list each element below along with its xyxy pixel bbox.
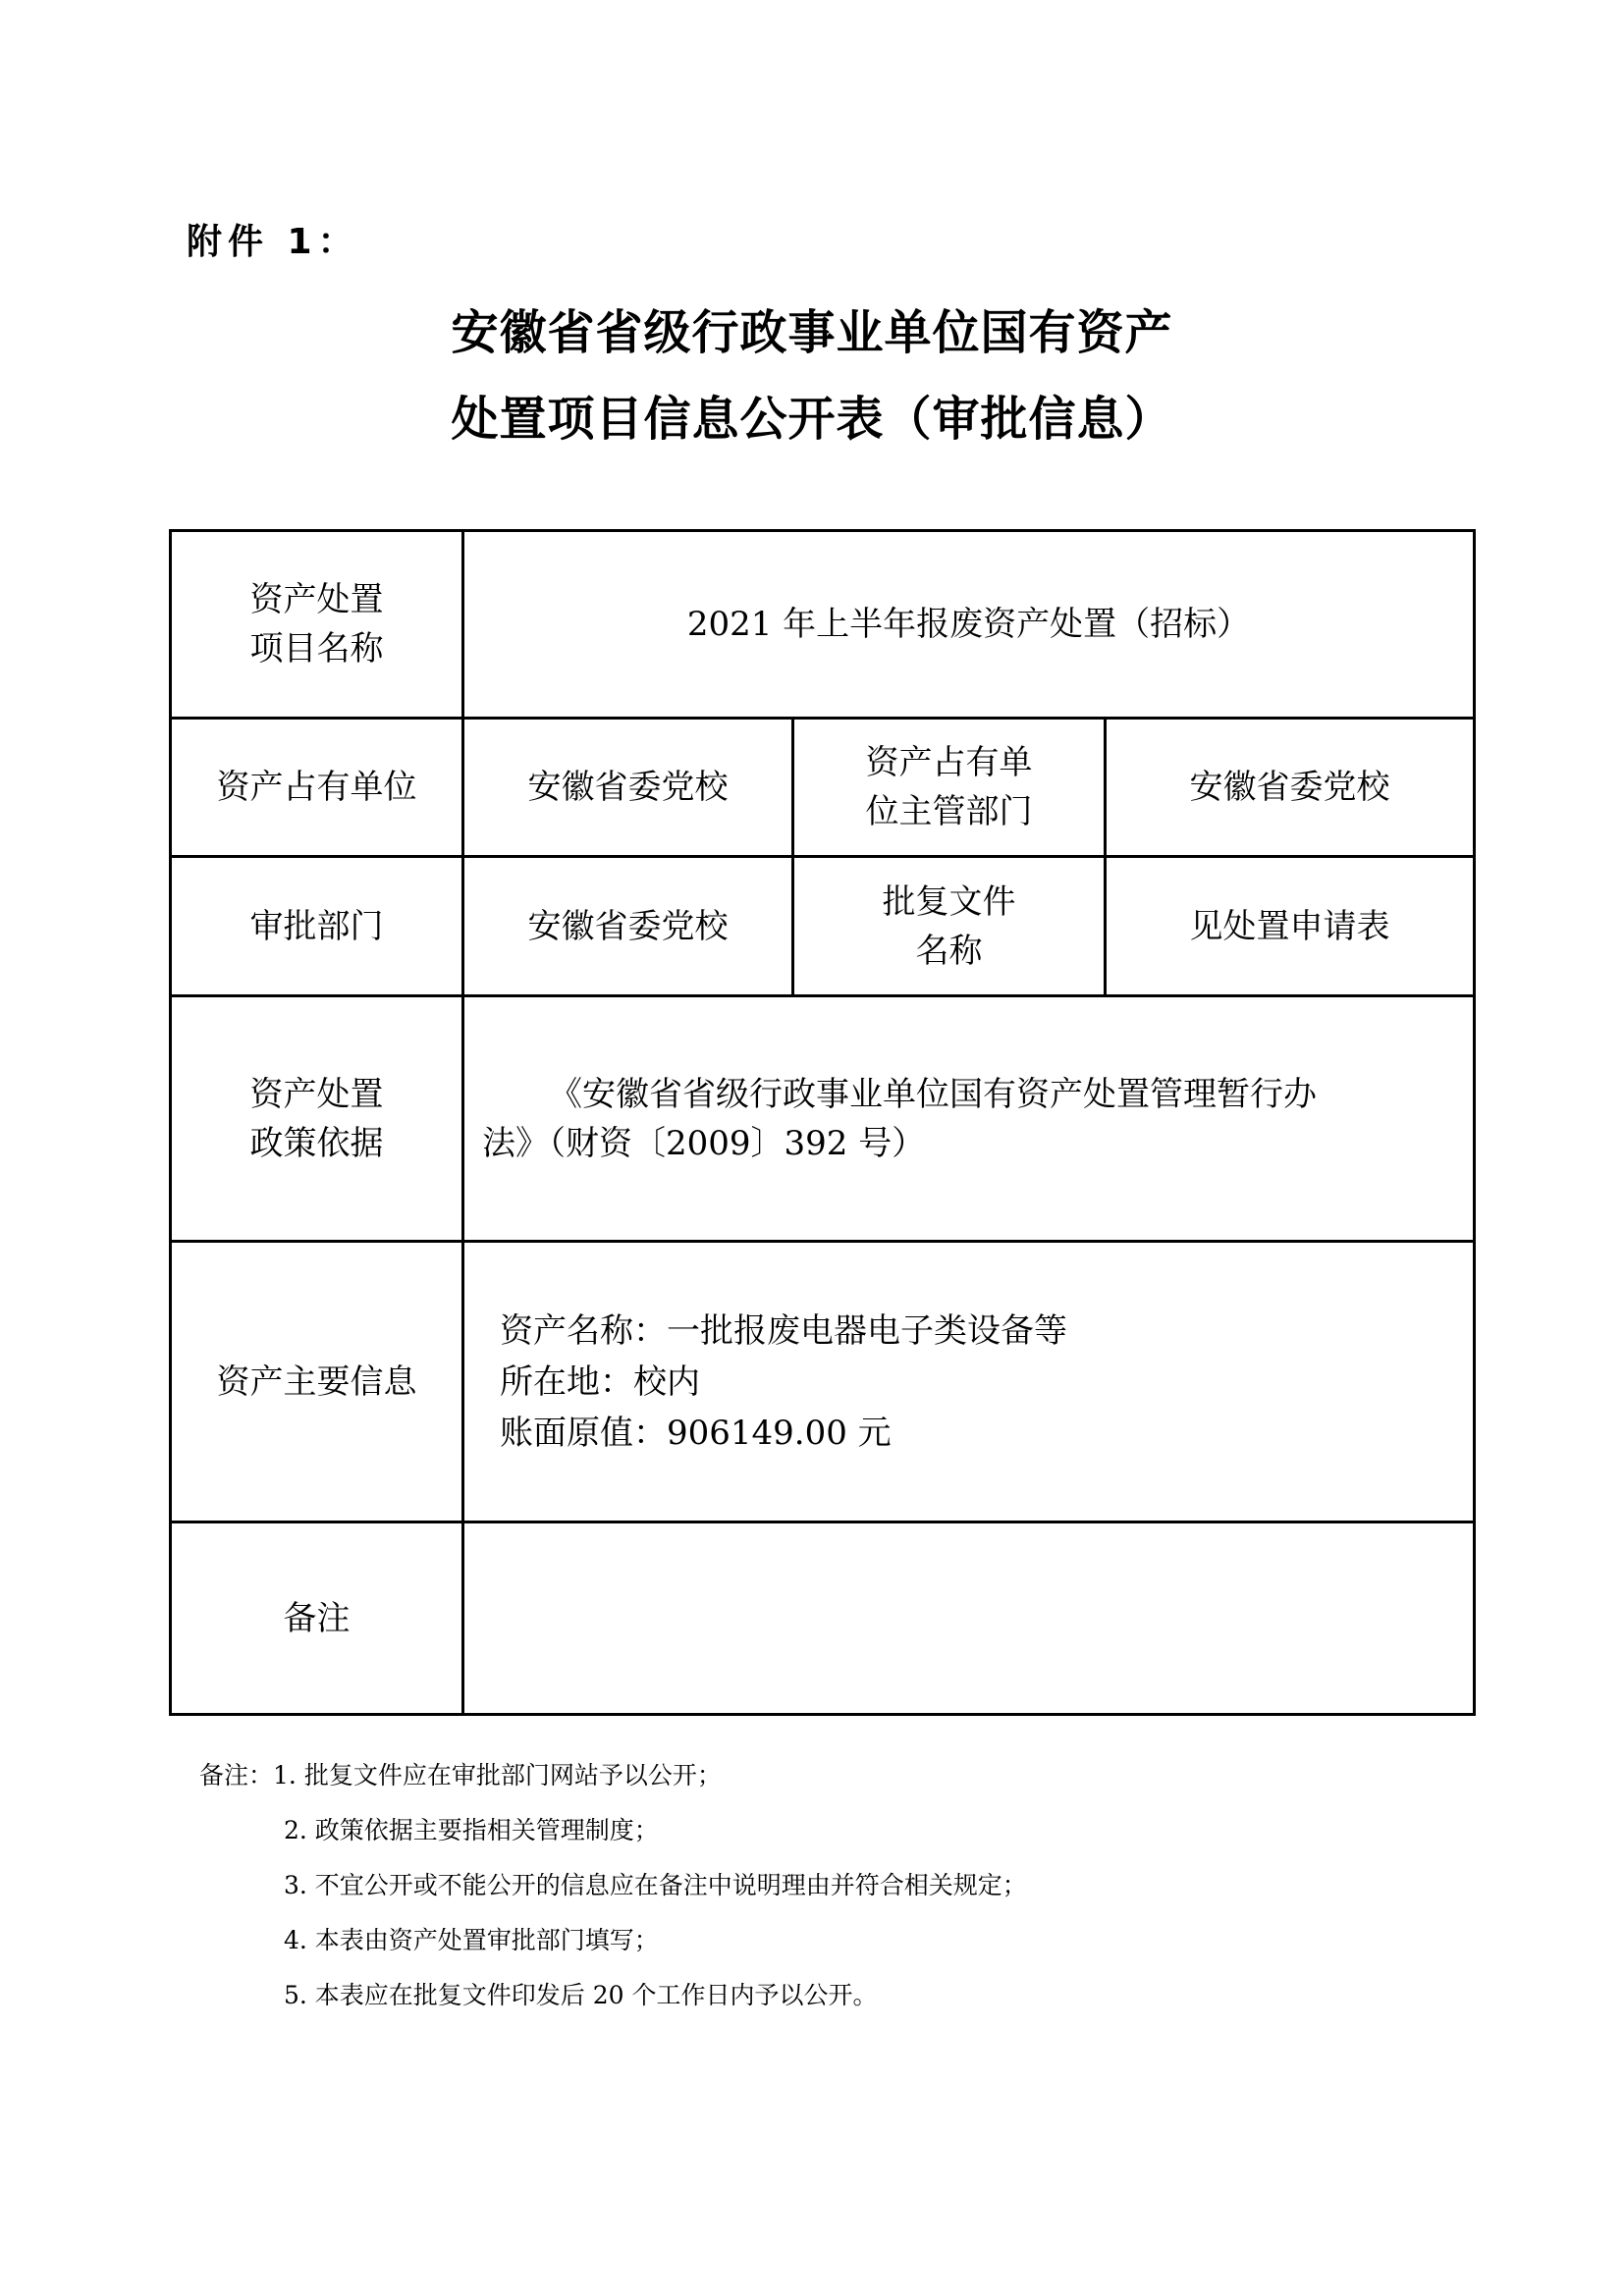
supervising-dept-value: 安徽省委党校 (1106, 719, 1475, 857)
table-row-remarks: 备注 (171, 1522, 1475, 1715)
footnote-4: 4. 本表由资产处置审批部门填写； (199, 1913, 1027, 1968)
supervising-dept-label-cell: 资产占有单 位主管部门 (793, 719, 1106, 857)
policy-value-line2: 法》（财资〔2009〕392 号） (482, 1119, 1455, 1168)
project-name-label-line1: 资产处置 (172, 575, 461, 624)
page-title-line1: 安徽省省级行政事业单位国有资产 (0, 294, 1624, 362)
page-title-line2: 处置项目信息公开表（审批信息） (0, 381, 1624, 449)
table-row-project-name: 资产处置 项目名称 2021 年上半年报废资产处置（招标） (171, 531, 1475, 719)
approval-dept-label: 审批部门 (171, 857, 463, 996)
occupying-unit-label: 资产占有单位 (171, 719, 463, 857)
policy-label-line2: 政策依据 (172, 1119, 461, 1168)
asset-info-cell: 资产名称：一批报废电器电子类设备等 所在地：校内 账面原值：906149.00 … (463, 1242, 1475, 1522)
table-row-approval: 审批部门 安徽省委党校 批复文件 名称 见处置申请表 (171, 857, 1475, 996)
approval-dept-value: 安徽省委党校 (463, 857, 793, 996)
footnote-3: 3. 不宜公开或不能公开的信息应在备注中说明理由并符合相关规定； (199, 1858, 1027, 1913)
supervising-dept-label-line1: 资产占有单 (794, 738, 1104, 787)
asset-info-label: 资产主要信息 (171, 1242, 463, 1522)
project-name-label-cell: 资产处置 项目名称 (171, 531, 463, 719)
approval-doc-label-line2: 名称 (794, 927, 1104, 976)
disposal-info-table: 资产处置 项目名称 2021 年上半年报废资产处置（招标） 资产占有单位 安徽省… (169, 529, 1476, 1716)
occupying-unit-value: 安徽省委党校 (463, 719, 793, 857)
table-row-policy: 资产处置 政策依据 《安徽省省级行政事业单位国有资产处置管理暂行办 法》（财资〔… (171, 996, 1475, 1242)
footnote-5: 5. 本表应在批复文件印发后 20 个工作日内予以公开。 (199, 1968, 1027, 2023)
asset-name: 资产名称：一批报废电器电子类设备等 (500, 1306, 1473, 1357)
approval-doc-label-cell: 批复文件 名称 (793, 857, 1106, 996)
policy-label-cell: 资产处置 政策依据 (171, 996, 463, 1242)
policy-value-line1: 《安徽省省级行政事业单位国有资产处置管理暂行办 (482, 1070, 1455, 1119)
asset-book-value: 账面原值：906149.00 元 (500, 1408, 1473, 1459)
asset-location: 所在地：校内 (500, 1357, 1473, 1408)
approval-doc-label-line1: 批复文件 (794, 878, 1104, 927)
footnote-1: 备注：1. 批复文件应在审批部门网站予以公开； (199, 1748, 1027, 1803)
remarks-value (463, 1522, 1475, 1715)
table-row-asset-info: 资产主要信息 资产名称：一批报废电器电子类设备等 所在地：校内 账面原值：906… (171, 1242, 1475, 1522)
approval-doc-value: 见处置申请表 (1106, 857, 1475, 996)
remarks-label: 备注 (171, 1522, 463, 1715)
policy-value-cell: 《安徽省省级行政事业单位国有资产处置管理暂行办 法》（财资〔2009〕392 号… (463, 996, 1475, 1242)
attachment-label: 附件 1： (187, 214, 359, 264)
project-name-label-line2: 项目名称 (172, 624, 461, 673)
project-name-value: 2021 年上半年报废资产处置（招标） (463, 531, 1475, 719)
footnote-prefix: 备注： (199, 1761, 273, 1789)
footnote-2: 2. 政策依据主要指相关管理制度； (199, 1803, 1027, 1858)
supervising-dept-label-line2: 位主管部门 (794, 787, 1104, 836)
table-row-occupying-unit: 资产占有单位 安徽省委党校 资产占有单 位主管部门 安徽省委党校 (171, 719, 1475, 857)
footnotes: 备注：1. 批复文件应在审批部门网站予以公开； 2. 政策依据主要指相关管理制度… (199, 1748, 1027, 2023)
policy-label-line1: 资产处置 (172, 1070, 461, 1119)
